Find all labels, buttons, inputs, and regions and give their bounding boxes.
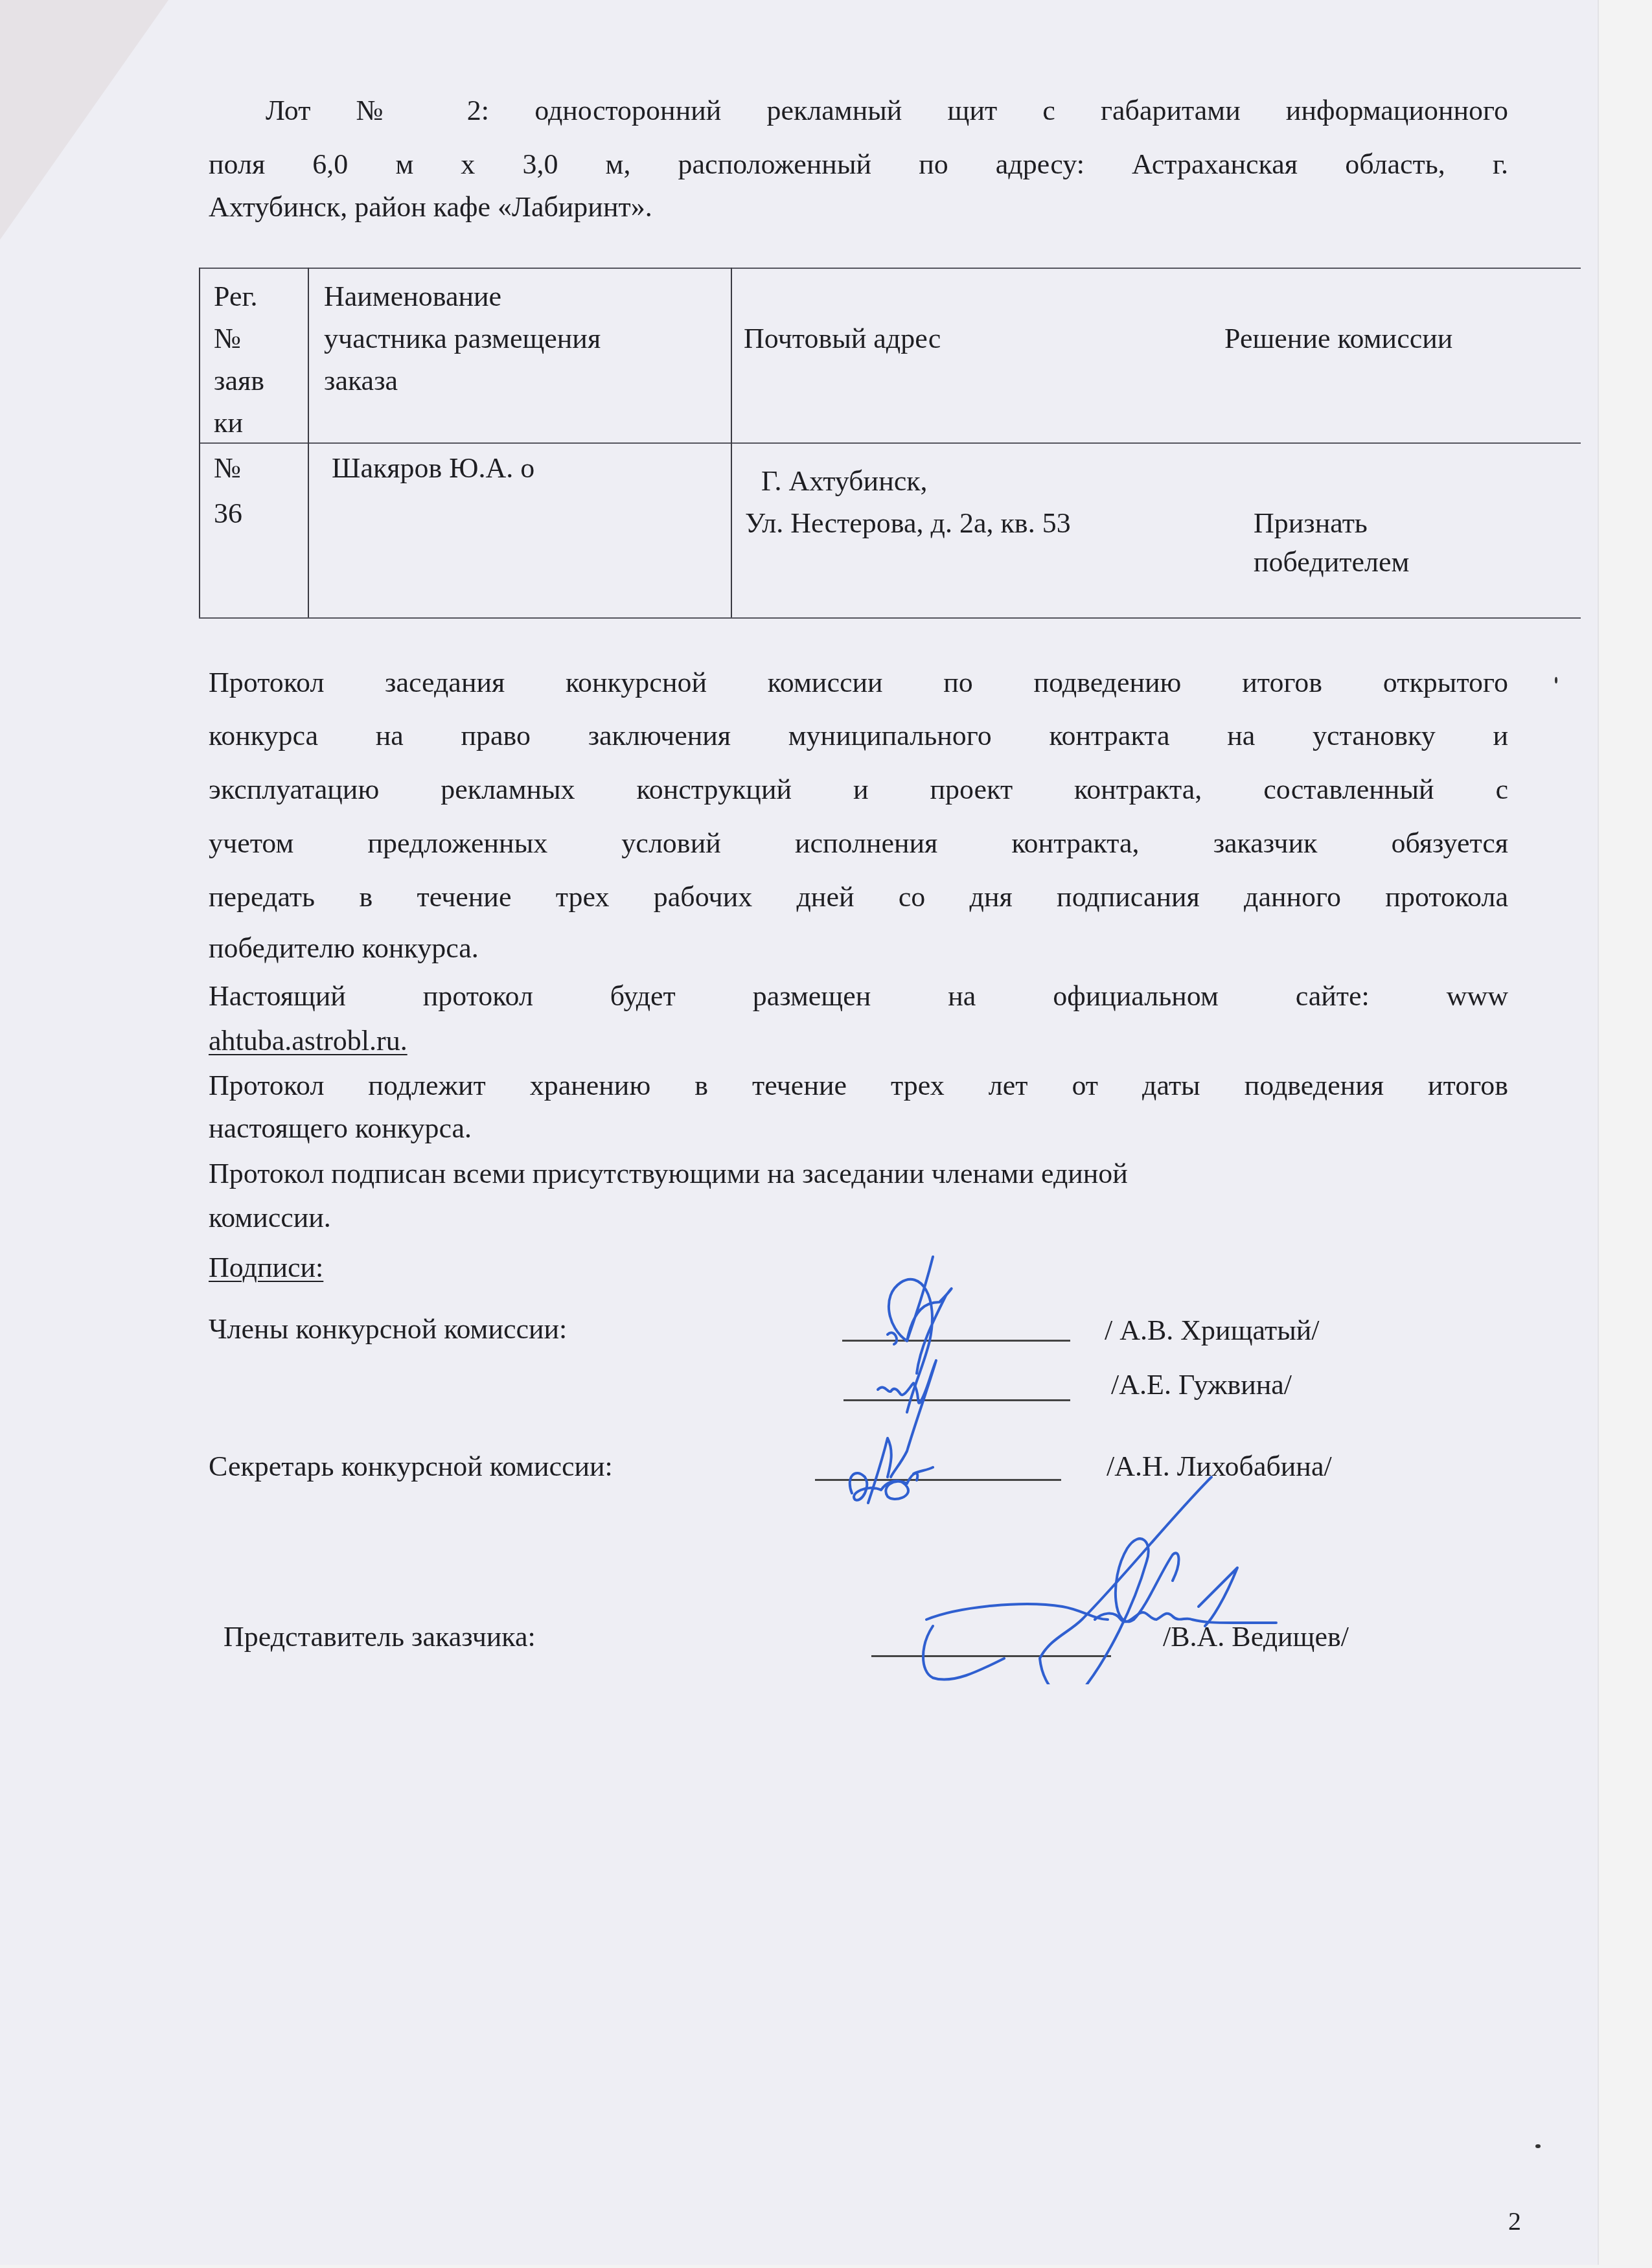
lot-line-1: Лот № 2: односторонний рекламный щит с г… bbox=[266, 94, 1508, 127]
paragraph-line: передать в течение трех рабочих дней со … bbox=[209, 880, 1508, 913]
signed-line: комиссии. bbox=[209, 1204, 331, 1232]
website-link[interactable]: ahtuba.astrobl.ru. bbox=[209, 1027, 407, 1055]
signature-scribbles-icon bbox=[810, 1244, 1458, 1684]
secretary-label: Секретарь конкурсной комиссии: bbox=[209, 1452, 613, 1481]
paragraph-line: конкурса на право заключения муниципальн… bbox=[209, 719, 1508, 752]
paragraph-line: победителю конкурса. bbox=[209, 934, 479, 963]
cell-participant: Шакяров Ю.А. о bbox=[332, 437, 534, 499]
table-col-border-1 bbox=[308, 268, 309, 617]
paragraph-line: учетом предложенных условий исполнения к… bbox=[209, 827, 1508, 860]
header-address: Почтовый адрес bbox=[744, 308, 941, 369]
paragraph-line: эксплуатацию рекламных конструкций и про… bbox=[209, 773, 1508, 806]
table-col-border-2 bbox=[731, 268, 732, 617]
document-page: Лот № 2: односторонний рекламный щит с г… bbox=[0, 0, 1599, 2265]
lot-line-3: Ахтубинск, район кафе «Лабиринт». bbox=[209, 193, 652, 222]
customer-label: Представитель заказчика: bbox=[224, 1623, 536, 1651]
storage-line: Протокол подлежит хранению в течение тре… bbox=[209, 1069, 1508, 1102]
storage-line: настоящего конкурса. bbox=[209, 1114, 472, 1143]
cell-decision: победителем bbox=[1254, 531, 1409, 593]
signatures-heading: Подписи: bbox=[209, 1254, 323, 1282]
table-bottom-border bbox=[199, 617, 1581, 619]
members-label: Члены конкурсной комиссии: bbox=[209, 1315, 567, 1344]
scan-speck bbox=[1555, 677, 1557, 683]
signed-line: Протокол подписан всеми присутствующими … bbox=[209, 1160, 1128, 1188]
header-decision: Решение комиссии bbox=[1224, 308, 1452, 369]
table-left-border bbox=[199, 268, 200, 617]
cell-reg-no: 36 bbox=[214, 483, 242, 544]
page-number: 2 bbox=[1508, 2206, 1521, 2236]
cell-address: Ул. Нестерова, д. 2а, кв. 53 bbox=[745, 492, 1071, 554]
paragraph-line: Протокол заседания конкурсной комиссии п… bbox=[209, 666, 1508, 699]
header-text: заказа bbox=[324, 350, 398, 411]
scan-speck bbox=[1535, 2144, 1541, 2148]
folded-corner bbox=[0, 0, 168, 240]
lot-line-2: поля 6,0 м х 3,0 м, расположенный по адр… bbox=[209, 148, 1508, 181]
publication-line: Настоящий протокол будет размещен на офи… bbox=[209, 979, 1508, 1013]
